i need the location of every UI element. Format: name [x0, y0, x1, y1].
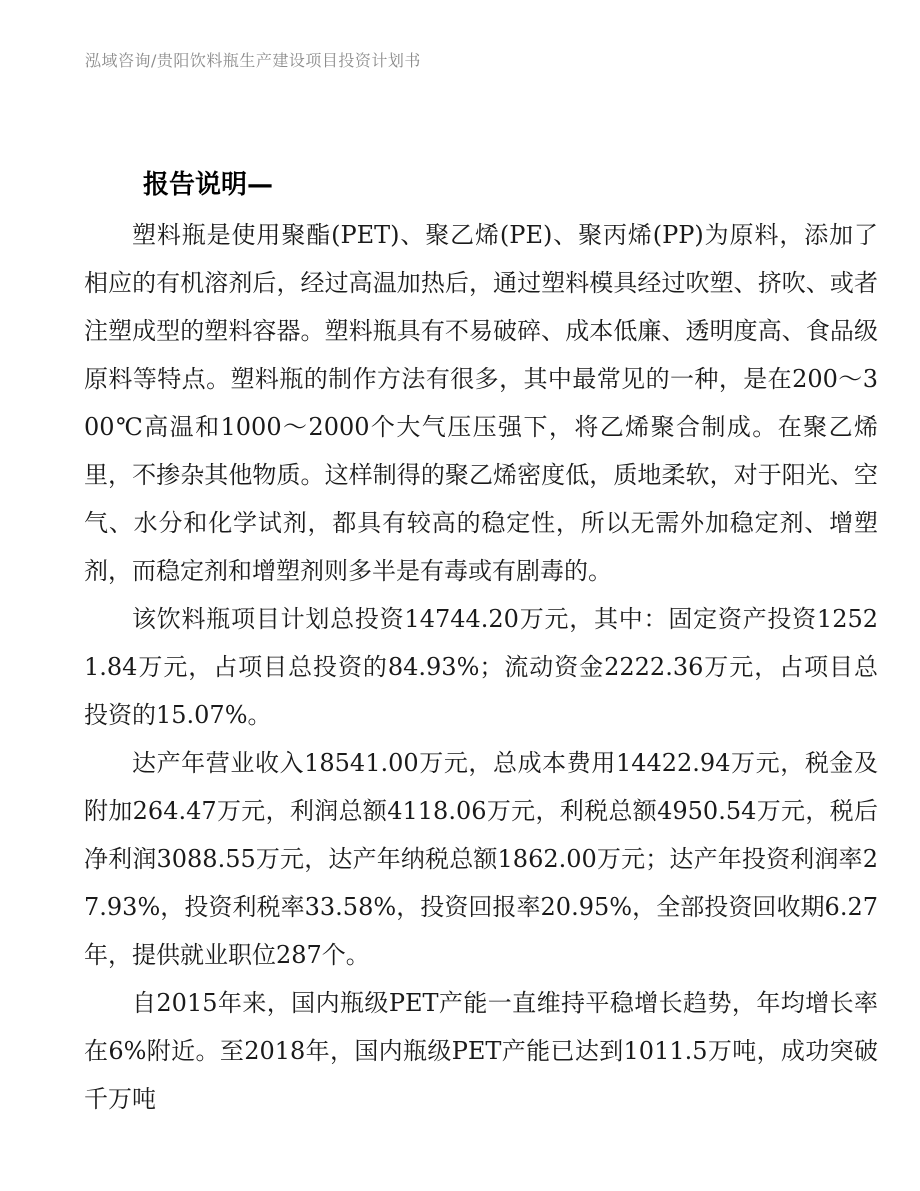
running-header: 泓域咨询/贵阳饮料瓶生产建设项目投资计划书 [85, 50, 421, 72]
body-paragraph-1: 塑料瓶是使用聚酯(PET)、聚乙烯(PE)、聚丙烯(PP)为原料，添加了相应的有… [84, 211, 878, 595]
document-page: 泓域咨询/贵阳饮料瓶生产建设项目投资计划书 报告说明— 塑料瓶是使用聚酯(PET… [0, 0, 920, 1191]
body-paragraph-2: 该饮料瓶项目计划总投资14744.20万元，其中：固定资产投资12521.84万… [84, 595, 878, 739]
body-paragraph-3: 达产年营业收入18541.00万元，总成本费用14422.94万元，税金及附加2… [84, 739, 878, 979]
body-paragraph-4: 自2015年来，国内瓶级PET产能一直维持平稳增长趋势，年均增长率在6%附近。至… [84, 979, 878, 1123]
section-title: 报告说明— [143, 168, 273, 202]
document-body: 塑料瓶是使用聚酯(PET)、聚乙烯(PE)、聚丙烯(PP)为原料，添加了相应的有… [84, 211, 878, 1123]
